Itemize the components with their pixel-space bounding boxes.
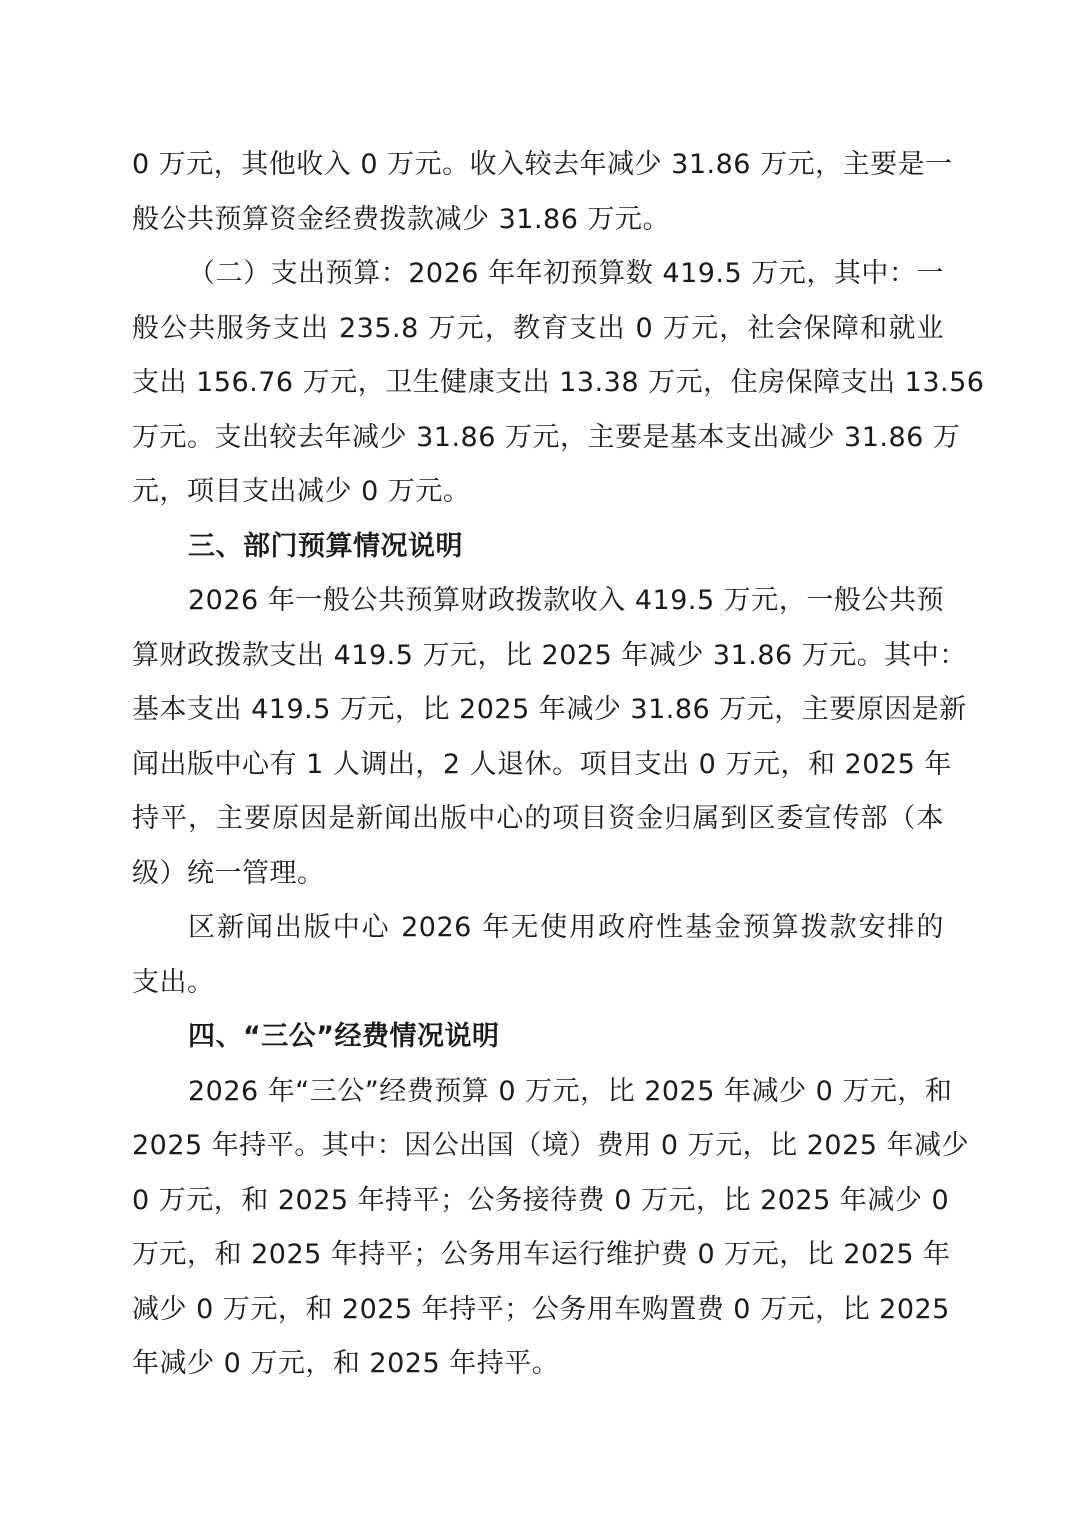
paragraph-government-fund: 区新闻出版中心 2026 年无使用政府性基金预算拨款安排的 支出。 [132, 901, 944, 1010]
text-line: 2026 年“三公”经费预算 0 万元，比 2025 年减少 0 万元，和 [132, 1065, 944, 1120]
text-line: 般公共预算资金经费拨款减少 31.86 万元。 [132, 193, 944, 248]
text-line: 0 万元，和 2025 年持平；公务接待费 0 万元，比 2025 年减少 0 [132, 1174, 944, 1229]
text-line: 年减少 0 万元，和 2025 年持平。 [132, 1337, 944, 1392]
text-line: 算财政拨款支出 419.5 万元，比 2025 年减少 31.86 万元。其中： [132, 629, 944, 684]
paragraph-income-continuation: 0 万元，其他收入 0 万元。收入较去年减少 31.86 万元，主要是一 般公共… [132, 138, 944, 247]
text-line: 区新闻出版中心 2026 年无使用政府性基金预算拨款安排的 [132, 901, 944, 956]
text-line: 0 万元，其他收入 0 万元。收入较去年减少 31.86 万元，主要是一 [132, 138, 944, 193]
text-line: 持平，主要原因是新闻出版中心的项目资金归属到区委宣传部（本 [132, 792, 944, 847]
text-line: 减少 0 万元，和 2025 年持平；公务用车购置费 0 万元，比 2025 [132, 1283, 944, 1338]
text-line: 般公共服务支出 235.8 万元，教育支出 0 万元，社会保障和就业 [132, 302, 944, 357]
text-line: 基本支出 419.5 万元，比 2025 年减少 31.86 万元，主要原因是新 [132, 683, 944, 738]
section-heading-department-budget: 三、部门预算情况说明 [132, 520, 944, 575]
document-page: 0 万元，其他收入 0 万元。收入较去年减少 31.86 万元，主要是一 般公共… [132, 138, 944, 1392]
text-line: （二）支出预算：2026 年年初预算数 419.5 万元，其中：一 [132, 247, 944, 302]
paragraph-three-public-expenses: 2026 年“三公”经费预算 0 万元，比 2025 年减少 0 万元，和 20… [132, 1065, 944, 1392]
section-heading-three-public-expenses: 四、“三公”经费情况说明 [132, 1010, 944, 1065]
text-line: 闻出版中心有 1 人调出，2 人退休。项目支出 0 万元，和 2025 年 [132, 738, 944, 793]
text-line: 支出。 [132, 956, 944, 1011]
paragraph-general-budget: 2026 年一般公共预算财政拨款收入 419.5 万元，一般公共预 算财政拨款支… [132, 574, 944, 901]
text-line: 级）统一管理。 [132, 847, 944, 902]
text-line: 2026 年一般公共预算财政拨款收入 419.5 万元，一般公共预 [132, 574, 944, 629]
text-line: 支出 156.76 万元，卫生健康支出 13.38 万元，住房保障支出 13.5… [132, 356, 944, 411]
text-line: 万元。支出较去年减少 31.86 万元，主要是基本支出减少 31.86 万 [132, 411, 944, 466]
text-line: 万元，和 2025 年持平；公务用车运行维护费 0 万元，比 2025 年 [132, 1228, 944, 1283]
text-line: 元，项目支出减少 0 万元。 [132, 465, 944, 520]
text-line: 2025 年持平。其中：因公出国（境）费用 0 万元，比 2025 年减少 [132, 1119, 944, 1174]
paragraph-expenditure-budget: （二）支出预算：2026 年年初预算数 419.5 万元，其中：一 般公共服务支… [132, 247, 944, 520]
